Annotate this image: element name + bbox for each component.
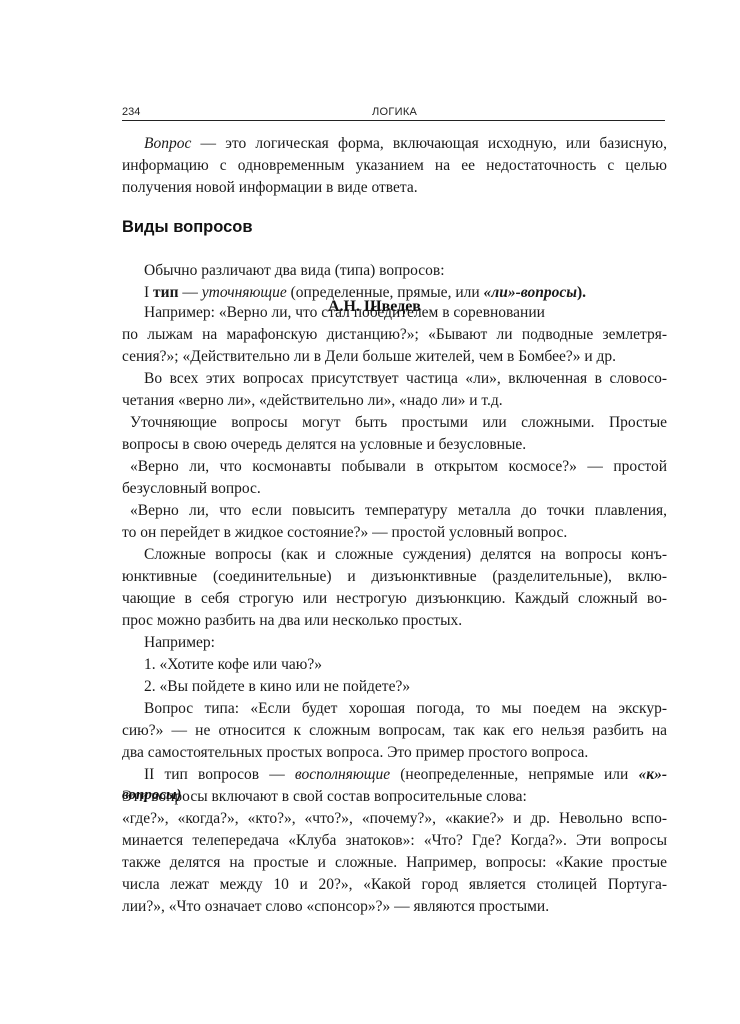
- text-line: вопросы в свою очередь делятся на условн…: [122, 434, 667, 456]
- running-title: ЛОГИКА: [372, 106, 417, 118]
- overlay-author-name: А.Н. Шведев: [328, 296, 421, 318]
- intro-line-2: информацию с одновременным указанием на …: [122, 155, 667, 177]
- list-item: 2. «Вы пойдете в кино или не пойдете?»: [122, 676, 667, 698]
- list-item: 1. «Хотите кофе или чаю?»: [122, 654, 667, 676]
- text-line: чающие в себя строгую или нестрогую дизъ…: [122, 588, 667, 610]
- text-line: юнктивные (соединительные) и дизъюнктивн…: [122, 566, 667, 588]
- text-line: Вопрос типа: «Если будет хорошая погода,…: [122, 698, 667, 720]
- term-question: Вопрос: [144, 135, 191, 152]
- text-line: Обычно различают два вида (типа) вопросо…: [122, 260, 667, 282]
- intro-line-3: получения новой информации в виде ответа…: [122, 177, 667, 199]
- text-line: по лыжам на марафонскую дистанцию?»; «Бы…: [122, 324, 667, 346]
- text-line: «Верно ли, что если повысить температуру…: [122, 500, 667, 522]
- running-head: 234 ЛОГИКА: [122, 104, 665, 121]
- text-line: «где?», «когда?», «кто?», «что?», «почем…: [122, 808, 667, 830]
- text-line: лии?», «Что означает слово «спонсор»?» —…: [122, 896, 667, 918]
- text-line: сения?»; «Действительно ли в Дели больше…: [122, 346, 667, 368]
- page-number: 234: [122, 106, 140, 118]
- text-line: Эти вопросы включают в свой состав вопро…: [122, 786, 667, 808]
- text-line: Например:: [122, 632, 667, 654]
- text-line: сию?» — не относится к сложным вопросам,…: [122, 720, 667, 742]
- text-line: Уточняющие вопросы могут быть простыми и…: [122, 412, 667, 434]
- text-line: безусловный вопрос.: [122, 478, 667, 500]
- type-two-line: II тип вопросов — восполняющие (неопреде…: [122, 764, 667, 786]
- text-line: Сложные вопросы (как и сложные суждения)…: [122, 544, 667, 566]
- text-line: то он перейдет в жидкое состояние?» — пр…: [122, 522, 667, 544]
- text-line: два самостоятельных простых вопроса. Это…: [122, 742, 667, 764]
- text-line: прос можно разбить на два или несколько …: [122, 610, 667, 632]
- overlay-questions-word: вопросы): [122, 784, 181, 806]
- intro-line-1: Вопрос — это логическая форма, включающа…: [122, 133, 667, 155]
- text-line: также делятся на простые и сложные. Напр…: [122, 852, 667, 874]
- text-line: «Верно ли, что космонавты побывали в отк…: [122, 456, 667, 478]
- text-line: числа лежат между 10 и 20?», «Какой горо…: [122, 874, 667, 896]
- section-heading: Виды вопросов: [122, 216, 253, 238]
- text-line: четания «верно ли», «действительно ли», …: [122, 390, 667, 412]
- text-line: Во всех этих вопросах присутствует части…: [122, 368, 667, 390]
- text-line: минается телепередача «Клуба знатоков»: …: [122, 830, 667, 852]
